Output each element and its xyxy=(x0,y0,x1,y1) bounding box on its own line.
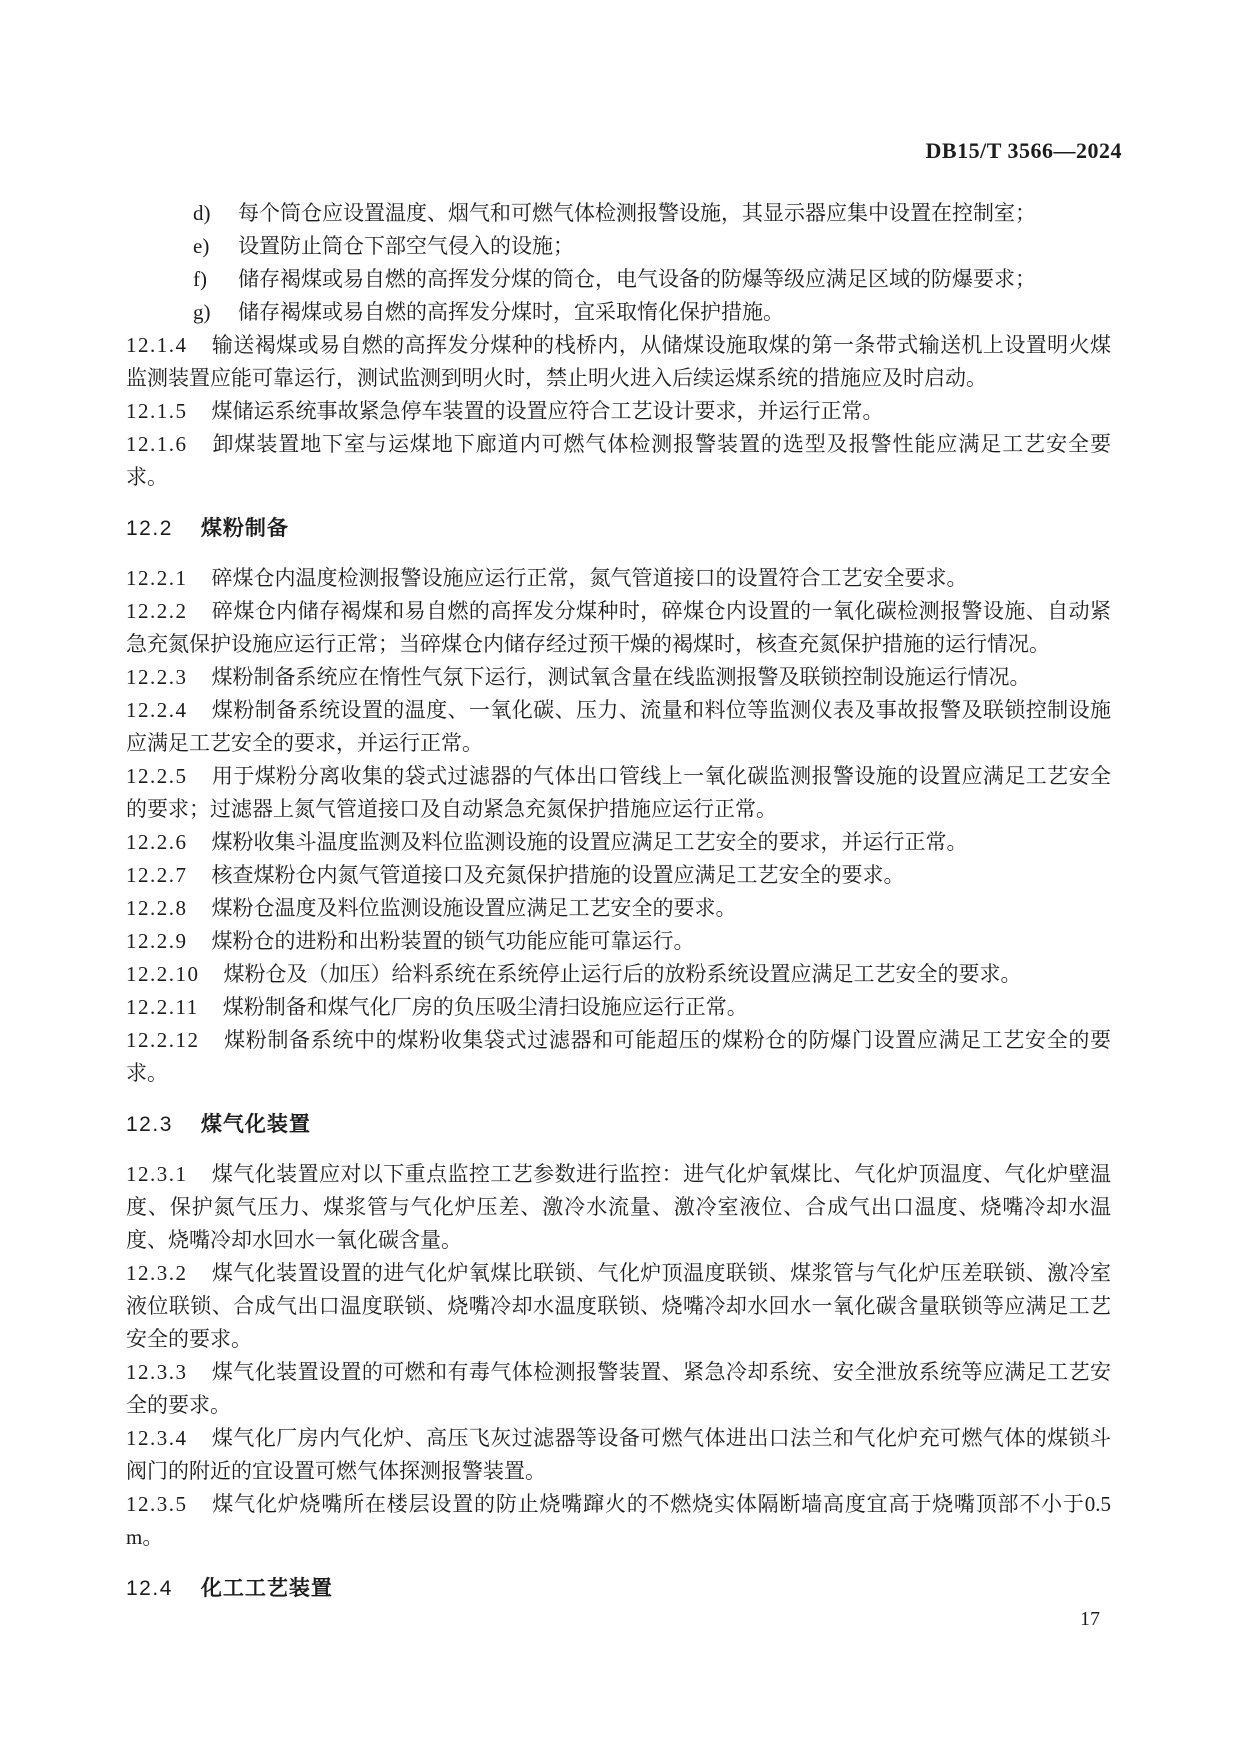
clause-12-3-4: 12.3.4煤气化厂房内气化炉、高压飞灰过滤器等设备可燃气体进出口法兰和气化炉充… xyxy=(126,1422,1111,1488)
heading-title: 化工工艺装置 xyxy=(201,1577,333,1600)
document-page: DB15/T 3566—2024 d)每个筒仓应设置温度、烟气和可燃气体检测报警… xyxy=(0,0,1241,1755)
document-body: d)每个筒仓应设置温度、烟气和可燃气体检测报警设施，其显示器应集中设置在控制室；… xyxy=(126,197,1111,1622)
clause-12-2-2: 12.2.2碎煤仓内储存褐煤和易自燃的高挥发分煤种时，碎煤仓内设置的一氧化碳检测… xyxy=(126,595,1111,661)
list-item-text: 储存褐煤或易自燃的高挥发分煤时，宜采取惰化保护措施。 xyxy=(238,300,784,324)
clause-number: 12.2.9 xyxy=(126,929,188,953)
clause-text: 用于煤粉分离收集的袋式过滤器的气体出口管线上一氧化碳监测报警设施的设置应满足工艺… xyxy=(126,764,1111,821)
clause-12-3-3: 12.3.3煤气化装置设置的可燃和有毒气体检测报警装置、紧急冷却系统、安全泄放系… xyxy=(126,1356,1111,1422)
clause-12-2-10: 12.2.10煤粉仓及（加压）给料系统在系统停止运行后的放粉系统设置应满足工艺安… xyxy=(126,958,1111,991)
list-item-text: 储存褐煤或易自燃的高挥发分煤的筒仓，电气设备的防爆等级应满足区域的防爆要求； xyxy=(238,267,1036,291)
list-item-f: f)储存褐煤或易自燃的高挥发分煤的筒仓，电气设备的防爆等级应满足区域的防爆要求； xyxy=(126,263,1111,296)
clause-12-2-5: 12.2.5用于煤粉分离收集的袋式过滤器的气体出口管线上一氧化碳监测报警设施的设… xyxy=(126,760,1111,826)
clause-number: 12.2.8 xyxy=(126,896,188,920)
clause-number: 12.3.4 xyxy=(126,1426,188,1450)
list-item-label: f) xyxy=(193,263,207,296)
document-code-header: DB15/T 3566—2024 xyxy=(926,138,1122,164)
list-item-e: e)设置防止筒仓下部空气侵入的设施； xyxy=(126,230,1111,263)
clause-number: 12.2.3 xyxy=(126,665,188,689)
clause-text: 煤储运系统事故紧急停车装置的设置应符合工艺设计要求，并运行正常。 xyxy=(212,399,884,423)
clause-12-2-6: 12.2.6煤粉收集斗温度监测及料位监测设施的设置应满足工艺安全的要求，并运行正… xyxy=(126,826,1111,859)
heading-number: 12.4 xyxy=(126,1577,173,1600)
heading-title: 煤气化装置 xyxy=(201,1113,311,1136)
page-number: 17 xyxy=(1080,1608,1100,1631)
list-item-text: 设置防止筒仓下部空气侵入的设施； xyxy=(238,234,574,258)
list-item-text: 每个筒仓应设置温度、烟气和可燃气体检测报警设施，其显示器应集中设置在控制室； xyxy=(238,201,1036,225)
clause-number: 12.3.3 xyxy=(126,1360,188,1384)
clause-text: 煤气化装置应对以下重点监控工艺参数进行监控：进气化炉氧煤比、气化炉顶温度、气化炉… xyxy=(126,1162,1111,1252)
clause-text: 煤气化装置设置的进气化炉氧煤比联锁、气化炉顶温度联锁、煤浆管与气化炉压差联锁、激… xyxy=(126,1261,1111,1351)
section-heading-12-4: 12.4化工工艺装置 xyxy=(126,1572,1111,1605)
clause-number: 12.3.2 xyxy=(126,1261,188,1285)
section-heading-12-3: 12.3煤气化装置 xyxy=(126,1108,1111,1141)
clause-number: 12.2.4 xyxy=(126,698,188,722)
clause-12-2-3: 12.2.3煤粉制备系统应在惰性气氛下运行，测试氧含量在线监测报警及联锁控制设施… xyxy=(126,661,1111,694)
clause-12-2-11: 12.2.11煤粉制备和煤气化厂房的负压吸尘清扫设施应运行正常。 xyxy=(126,991,1111,1024)
clause-number: 12.2.2 xyxy=(126,599,188,623)
clause-12-1-5: 12.1.5煤储运系统事故紧急停车装置的设置应符合工艺设计要求，并运行正常。 xyxy=(126,395,1111,428)
clause-text: 煤粉制备系统设置的温度、一氧化碳、压力、流量和料位等监测仪表及事故报警及联锁控制… xyxy=(126,698,1111,755)
clause-12-1-6: 12.1.6卸煤装置地下室与运煤地下廊道内可燃气体检测报警装置的选型及报警性能应… xyxy=(126,428,1111,494)
clause-number: 12.2.7 xyxy=(126,863,188,887)
clause-12-2-9: 12.2.9煤粉仓的进粉和出粉装置的锁气功能应能可靠运行。 xyxy=(126,925,1111,958)
clause-text: 煤粉仓的进粉和出粉装置的锁气功能应能可靠运行。 xyxy=(212,929,695,953)
clause-number: 12.3.5 xyxy=(126,1492,188,1516)
clause-text: 卸煤装置地下室与运煤地下廊道内可燃气体检测报警装置的选型及报警性能应满足工艺安全… xyxy=(126,432,1111,489)
clause-number: 12.2.11 xyxy=(126,995,199,1019)
clause-text: 输送褐煤或易自燃的高挥发分煤种的栈桥内，从储煤设施取煤的第一条带式输送机上设置明… xyxy=(126,333,1111,390)
clause-12-3-2: 12.3.2煤气化装置设置的进气化炉氧煤比联锁、气化炉顶温度联锁、煤浆管与气化炉… xyxy=(126,1257,1111,1356)
clause-text: 煤气化炉烧嘴所在楼层设置的防止烧嘴蹿火的不燃烧实体隔断墙高度宜高于烧嘴顶部不小于… xyxy=(126,1492,1111,1549)
list-item-label: d) xyxy=(193,197,211,230)
clause-text: 核查煤粉仓内氮气管道接口及充氮保护措施的设置应满足工艺安全的要求。 xyxy=(212,863,905,887)
clause-text: 碎煤仓内储存褐煤和易自燃的高挥发分煤种时，碎煤仓内设置的一氧化碳检测报警设施、自… xyxy=(126,599,1111,656)
clause-text: 煤粉制备系统中的煤粉收集袋式过滤器和可能超压的煤粉仓的防爆门设置应满足工艺安全的… xyxy=(126,1028,1111,1085)
clause-number: 12.2.5 xyxy=(126,764,188,788)
clause-text: 煤粉制备系统应在惰性气氛下运行，测试氧含量在线监测报警及联锁控制设施运行情况。 xyxy=(212,665,1031,689)
clause-12-2-8: 12.2.8煤粉仓温度及料位监测设施设置应满足工艺安全的要求。 xyxy=(126,892,1111,925)
clause-text: 煤气化厂房内气化炉、高压飞灰过滤器等设备可燃气体进出口法兰和气化炉充可燃气体的煤… xyxy=(126,1426,1111,1483)
clause-12-2-12: 12.2.12煤粉制备系统中的煤粉收集袋式过滤器和可能超压的煤粉仓的防爆门设置应… xyxy=(126,1024,1111,1090)
clause-number: 12.2.12 xyxy=(126,1028,200,1052)
list-item-g: g)储存褐煤或易自燃的高挥发分煤时，宜采取惰化保护措施。 xyxy=(126,296,1111,329)
clause-number: 12.1.4 xyxy=(126,333,188,357)
section-heading-12-2: 12.2煤粉制备 xyxy=(126,512,1111,545)
clause-text: 煤粉制备和煤气化厂房的负压吸尘清扫设施应运行正常。 xyxy=(223,995,748,1019)
clause-number: 12.1.5 xyxy=(126,399,188,423)
clause-number: 12.2.6 xyxy=(126,830,188,854)
list-item-label: e) xyxy=(193,230,209,263)
clause-12-2-1: 12.2.1碎煤仓内温度检测报警设施应运行正常，氮气管道接口的设置符合工艺安全要… xyxy=(126,562,1111,595)
heading-number: 12.2 xyxy=(126,517,173,540)
list-item-d: d)每个筒仓应设置温度、烟气和可燃气体检测报警设施，其显示器应集中设置在控制室； xyxy=(126,197,1111,230)
clause-number: 12.2.10 xyxy=(126,962,200,986)
clause-text: 煤粉仓温度及料位监测设施设置应满足工艺安全的要求。 xyxy=(212,896,737,920)
clause-number: 12.3.1 xyxy=(126,1162,188,1186)
clause-12-1-4: 12.1.4输送褐煤或易自燃的高挥发分煤种的栈桥内，从储煤设施取煤的第一条带式输… xyxy=(126,329,1111,395)
heading-title: 煤粉制备 xyxy=(201,517,289,540)
clause-number: 12.2.1 xyxy=(126,566,188,590)
heading-number: 12.3 xyxy=(126,1113,173,1136)
list-item-label: g) xyxy=(193,296,211,329)
clause-12-2-7: 12.2.7核查煤粉仓内氮气管道接口及充氮保护措施的设置应满足工艺安全的要求。 xyxy=(126,859,1111,892)
clause-text: 煤气化装置设置的可燃和有毒气体检测报警装置、紧急冷却系统、安全泄放系统等应满足工… xyxy=(126,1360,1111,1417)
clause-12-3-1: 12.3.1煤气化装置应对以下重点监控工艺参数进行监控：进气化炉氧煤比、气化炉顶… xyxy=(126,1158,1111,1257)
clause-12-2-4: 12.2.4煤粉制备系统设置的温度、一氧化碳、压力、流量和料位等监测仪表及事故报… xyxy=(126,694,1111,760)
clause-12-3-5: 12.3.5煤气化炉烧嘴所在楼层设置的防止烧嘴蹿火的不燃烧实体隔断墙高度宜高于烧… xyxy=(126,1488,1111,1554)
clause-text: 煤粉仓及（加压）给料系统在系统停止运行后的放粉系统设置应满足工艺安全的要求。 xyxy=(224,962,1022,986)
clause-number: 12.1.6 xyxy=(126,432,188,456)
clause-text: 碎煤仓内温度检测报警设施应运行正常，氮气管道接口的设置符合工艺安全要求。 xyxy=(212,566,968,590)
clause-text: 煤粉收集斗温度监测及料位监测设施的设置应满足工艺安全的要求，并运行正常。 xyxy=(212,830,968,854)
